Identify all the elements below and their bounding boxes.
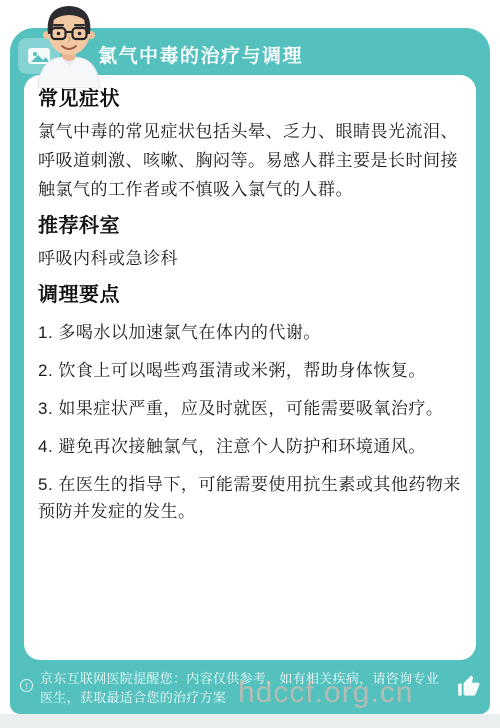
content-card: 常见症状 氯气中毒的常见症状包括头晕、乏力、眼睛畏光流泪、呼吸道刺激、咳嗽、胸闷… <box>24 75 476 660</box>
care-heading: 调理要点 <box>38 283 462 308</box>
care-item: 1. 多喝水以加速氯气在体内的代谢。 <box>38 319 462 346</box>
symptoms-heading: 常见症状 <box>38 87 462 112</box>
care-item: 2. 饮食上可以喝些鸡蛋清或米粥，帮助身体恢复。 <box>38 357 462 384</box>
thumbs-up-icon[interactable] <box>455 673 483 701</box>
care-item: 4. 避免再次接触氯气，注意个人防护和环境通风。 <box>38 433 462 460</box>
page-title: 氯气中毒的治疗与调理 <box>98 41 303 68</box>
footer: ! 京东互联网医院提醒您：内容仅供参考，如有相关疾病，请咨询专业医生，获取最适合… <box>10 660 490 714</box>
care-item: 3. 如果症状严重，应及时就医，可能需要吸氧治疗。 <box>38 395 462 422</box>
doctor-avatar <box>24 2 114 88</box>
department-heading: 推荐科室 <box>38 214 462 239</box>
department-text: 呼吸内科或急诊科 <box>38 244 462 273</box>
symptoms-text: 氯气中毒的常见症状包括头晕、乏力、眼睛畏光流泪、呼吸道刺激、咳嗽、胸闷等。易感人… <box>38 117 462 204</box>
care-item: 5. 在医生的指导下，可能需要使用抗生素或其他药物来预防并发症的发生。 <box>38 471 462 525</box>
content-frame: 氯气中毒的治疗与调理 常见症状 氯气中毒的常见症状包括头晕、乏力、眼睛畏光流泪、… <box>10 28 490 714</box>
bottom-strip <box>0 714 500 728</box>
header: 氯气中毒的治疗与调理 <box>10 28 490 75</box>
footer-disclaimer: 京东互联网医院提醒您：内容仅供参考，如有相关疾病，请咨询专业医生，获取最适合您的… <box>40 660 446 707</box>
info-icon: ! <box>20 679 33 692</box>
